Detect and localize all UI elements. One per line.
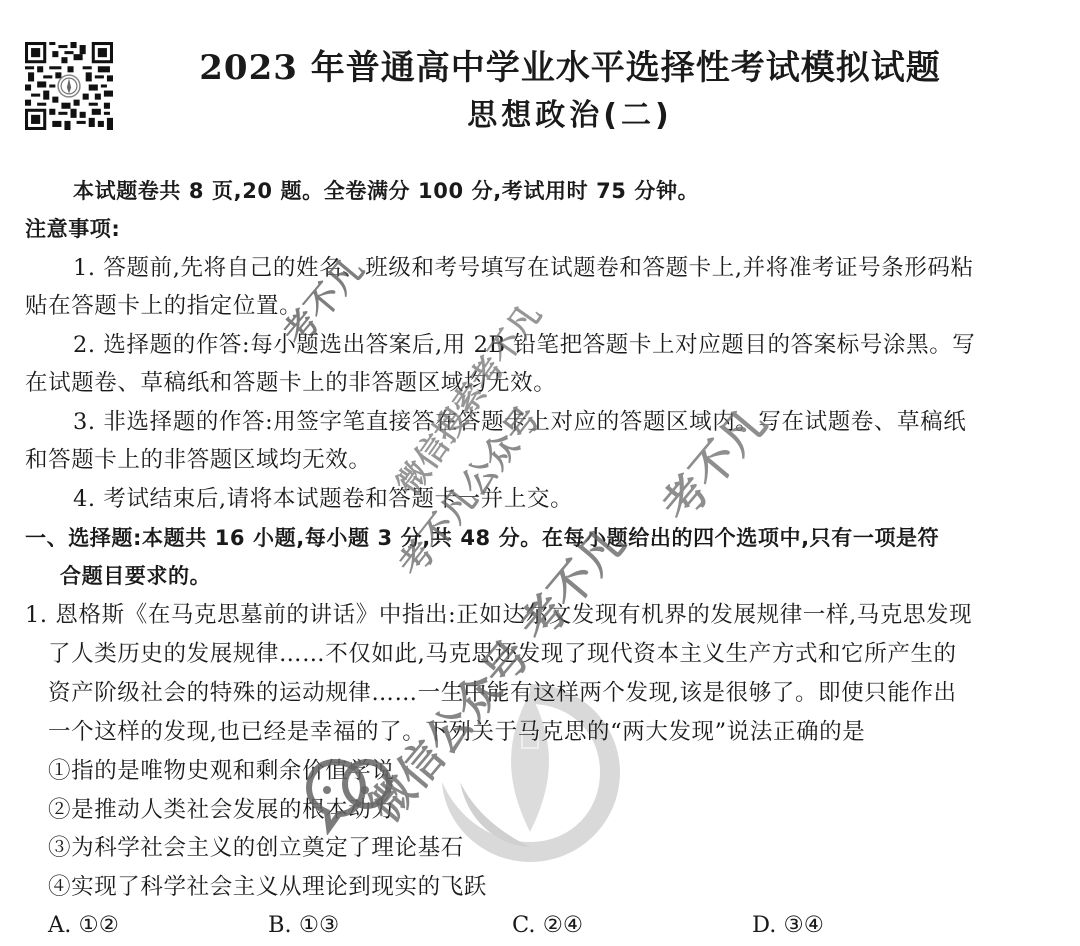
note-line: 4. 考试结束后,请将本试题卷和答题卡一并上交。 [73,484,573,514]
statement-3: ③为科学社会主义的创立奠定了理论基石 [48,833,464,863]
section-heading: 一、选择题:本题共 16 小题,每小题 3 分,共 48 分。在每小题给出的四个… [25,523,939,553]
note-line: 在试题卷、草稿纸和答题卡上的非答题区域均无效。 [25,368,556,398]
question-stem-line: 了人类历史的发展规律……不仅如此,马克思还发现了现代资本主义生产方式和它所产生的 [48,639,957,669]
question-stem-line: 1. 恩格斯《在马克思墓前的讲话》中指出:正如达尔文发现有机界的发展规律一样,马… [25,600,972,630]
exam-page: 2023 年普通高中学业水平选择性考试模拟试题 思想政治(二) 本试题卷共 8 … [0,0,1080,946]
note-line: 3. 非选择题的作答:用签字笔直接答在答题卡上对应的答题区域内。写在试题卷、草稿… [73,407,966,437]
note-line: 2. 选择题的作答:每小题选出答案后,用 2B 铅笔把答题卡上对应题目的答案标号… [73,330,975,360]
exam-title: 2023 年普通高中学业水平选择性考试模拟试题 [0,40,1080,89]
exam-subtitle: 思想政治(二) [0,90,1080,134]
watermark-text: 微信搜索考不凡 [384,293,550,503]
note-line: 贴在答题卡上的指定位置。 [25,291,302,321]
question-stem-line: 一个这样的发现,也已经是幸福的了。下列关于马克思的“两大发现”说法正确的是 [48,717,865,747]
question-stem-line: 资产阶级社会的特殊的运动规律……一生中能有这样两个发现,该是很够了。即使只能作出 [48,678,957,708]
statement-4: ④实现了科学社会主义从理论到现实的飞跃 [48,872,487,902]
statement-2: ②是推动人类社会发展的根本动力 [48,795,395,825]
choice-d: D. ③④ [752,910,824,940]
exam-intro: 本试题卷共 8 页,20 题。全卷满分 100 分,考试用时 75 分钟。 [73,176,699,206]
choice-a: A. ①② [48,910,119,940]
section-heading-cont: 合题目要求的。 [60,561,211,591]
note-line: 1. 答题前,先将自己的姓名、班级和考号填写在试题卷和答题卡上,并将准考证号条形… [73,253,974,283]
statement-1: ①指的是唯物史观和剩余价值学说 [48,756,395,786]
choice-c: C. ②④ [512,910,583,940]
notes-heading: 注意事项: [25,214,120,244]
note-line: 和答题卡上的非答题区域均无效。 [25,445,372,475]
choice-b: B. ①③ [268,910,339,940]
